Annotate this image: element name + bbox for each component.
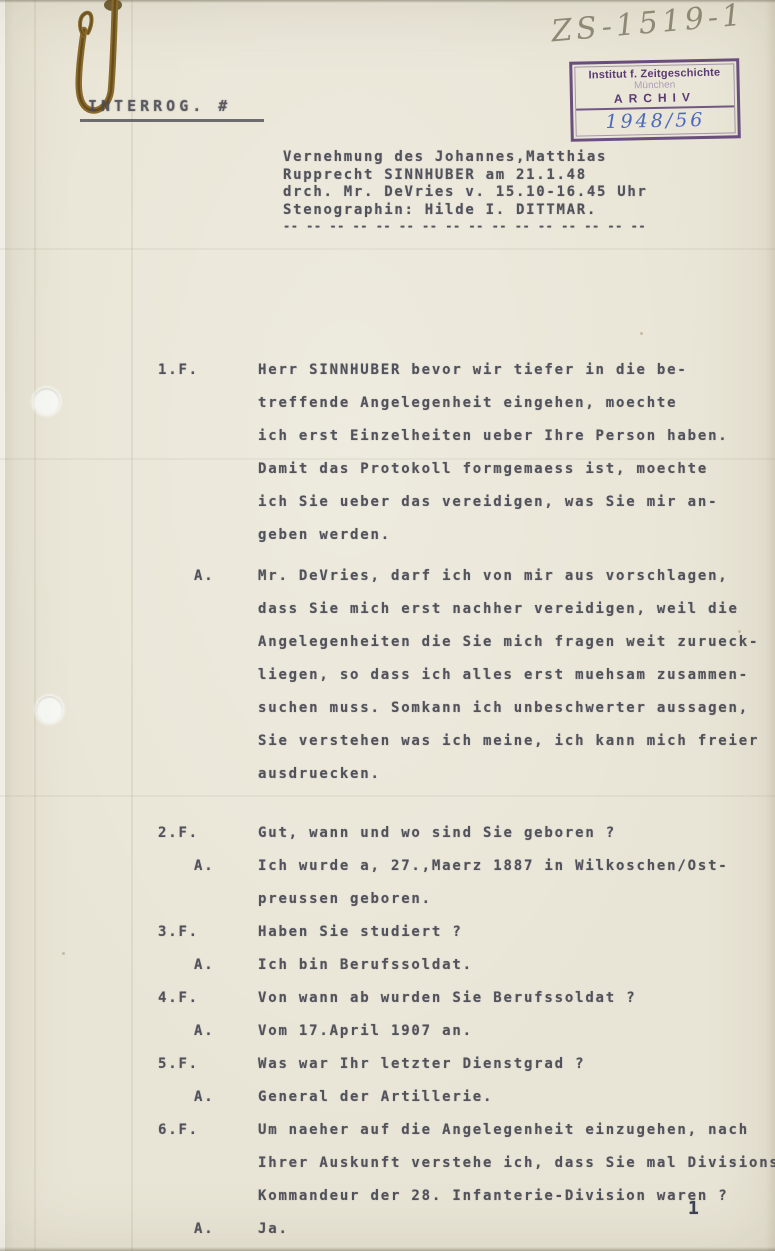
entry-text: Gut, wann und wo sind Sie geboren ? — [258, 817, 616, 850]
text-line: Sie verstehen was ich meine, ich kann mi… — [258, 725, 759, 758]
paper-edge-bottom — [0, 1247, 775, 1251]
transcript: 1.F. Herr SINNHUBER bevor wir tiefer in … — [158, 354, 758, 1246]
entry-label: A. — [158, 949, 258, 982]
transcript-entry: 6.F. Um naeher auf die Angelegenheit ein… — [158, 1114, 758, 1213]
entry-text: Von wann ab wurden Sie Berufssoldat ? — [258, 982, 636, 1015]
transcript-entry: 5.F. Was war Ihr letzter Dienstgrad ? — [158, 1048, 758, 1081]
entry-text: Vom 17.April 1907 an. — [258, 1015, 473, 1048]
text-line: Ihrer Auskunft verstehe ich, dass Sie ma… — [258, 1147, 775, 1180]
entry-label: 3.F. — [158, 916, 258, 949]
archive-stamp-inner: Institut f. Zeitgeschichte München ARCHI… — [574, 63, 735, 136]
entry-label: 4.F. — [158, 982, 258, 1015]
document-page: ZS-1519-1 Institut f. Zeitgeschichte Mün… — [0, 0, 775, 1251]
text-line: geben werden. — [258, 519, 729, 552]
interrog-heading: INTERROG. # — [80, 97, 264, 122]
dashed-separator: -- -- -- -- -- -- -- -- -- -- -- -- -- -… — [283, 219, 655, 233]
transcript-entry: 2.F. Gut, wann und wo sind Sie geboren ? — [158, 817, 758, 850]
header-line: Vernehmung des Johannes,Matthias — [283, 149, 648, 167]
fold-crease — [34, 0, 36, 1251]
text-line: Angelegenheiten die Sie mich fragen weit… — [258, 626, 759, 659]
page-number: 1 — [688, 1198, 699, 1219]
text-line: Ich bin Berufssoldat. — [258, 949, 473, 982]
entry-label: 1.F. — [158, 354, 258, 552]
text-line: Mr. DeVries, darf ich von mir aus vorsch… — [258, 560, 759, 593]
foxing-spot — [62, 952, 65, 955]
session-header: Vernehmung des Johannes,MatthiasRupprech… — [283, 149, 648, 219]
header-line: Rupprecht SINNHUBER am 21.1.48 — [283, 167, 648, 185]
transcript-entry: A. Ich wurde a, 27.,Maerz 1887 in Wilkos… — [158, 850, 758, 916]
entry-text: Mr. DeVries, darf ich von mir aus vorsch… — [258, 560, 759, 791]
fold-crease — [131, 0, 133, 1251]
paper-edge-left — [0, 0, 5, 1251]
transcript-entry: 3.F. Haben Sie studiert ? — [158, 916, 758, 949]
text-line: Damit das Protokoll formgemaess ist, moe… — [258, 453, 729, 486]
transcript-entry: 1.F. Herr SINNHUBER bevor wir tiefer in … — [158, 354, 758, 552]
transcript-entry: A. Mr. DeVries, darf ich von mir aus vor… — [158, 560, 758, 791]
entry-text: Ja. — [258, 1213, 289, 1246]
text-line: Was war Ihr letzter Dienstgrad ? — [258, 1048, 585, 1081]
entry-text: Ich bin Berufssoldat. — [258, 949, 473, 982]
transcript-entry: A. Ich bin Berufssoldat. — [158, 949, 758, 982]
catalog-number-handwritten: ZS-1519-1 — [550, 0, 747, 49]
text-line: Ja. — [258, 1213, 289, 1246]
foxing-spot — [640, 332, 643, 335]
text-line: Herr SINNHUBER bevor wir tiefer in die b… — [258, 354, 729, 387]
archive-stamp: Institut f. Zeitgeschichte München ARCHI… — [569, 58, 741, 142]
text-line: suchen muss. Somkann ich unbeschwerter a… — [258, 692, 759, 725]
header-line: Stenographin: Hilde I. DITTMAR. — [283, 202, 648, 220]
text-line: Von wann ab wurden Sie Berufssoldat ? — [258, 982, 636, 1015]
text-line: treffende Angelegenheit eingehen, moecht… — [258, 387, 729, 420]
punch-hole — [33, 388, 60, 415]
entry-label: A. — [158, 1081, 258, 1114]
entry-label: A. — [158, 560, 258, 791]
transcript-entry: A. Vom 17.April 1907 an. — [158, 1015, 758, 1048]
stamp-number-handwritten: 1948/56 — [578, 107, 732, 135]
text-line: Gut, wann und wo sind Sie geboren ? — [258, 817, 616, 850]
text-line: Um naeher auf die Angelegenheit einzugeh… — [258, 1114, 775, 1147]
entry-label: A. — [158, 1015, 258, 1048]
entry-label: A. — [158, 1213, 258, 1246]
text-line: ich Sie ueber das vereidigen, was Sie mi… — [258, 486, 729, 519]
text-line: ich erst Einzelheiten ueber Ihre Person … — [258, 420, 729, 453]
entry-text: Haben Sie studiert ? — [258, 916, 463, 949]
entry-label: A. — [158, 850, 258, 916]
transcript-entry: 4.F. Von wann ab wurden Sie Berufssoldat… — [158, 982, 758, 1015]
text-line: Vom 17.April 1907 an. — [258, 1015, 473, 1048]
transcript-entry: A. Ja. — [158, 1213, 758, 1246]
entry-label: 6.F. — [158, 1114, 258, 1213]
text-line: General der Artillerie. — [258, 1081, 493, 1114]
entry-text: Ich wurde a, 27.,Maerz 1887 in Wilkosche… — [258, 850, 729, 916]
text-line: liegen, so dass ich alles erst muehsam z… — [258, 659, 759, 692]
text-line: Ich wurde a, 27.,Maerz 1887 in Wilkosche… — [258, 850, 729, 883]
stamp-archiv-line: ARCHIV — [578, 89, 732, 106]
punch-hole — [36, 696, 63, 723]
text-line: dass Sie mich erst nachher vereidigen, w… — [258, 593, 759, 626]
text-line: Haben Sie studiert ? — [258, 916, 463, 949]
entry-label: 2.F. — [158, 817, 258, 850]
entry-text: General der Artillerie. — [258, 1081, 493, 1114]
entry-text: Herr SINNHUBER bevor wir tiefer in die b… — [258, 354, 729, 552]
text-line: ausdruecken. — [258, 758, 759, 791]
header-line: drch. Mr. DeVries v. 15.10-16.45 Uhr — [283, 184, 648, 202]
text-line: preussen geboren. — [258, 883, 729, 916]
entry-text: Was war Ihr letzter Dienstgrad ? — [258, 1048, 585, 1081]
entry-label: 5.F. — [158, 1048, 258, 1081]
transcript-entry: A. General der Artillerie. — [158, 1081, 758, 1114]
fold-crease — [0, 248, 775, 250]
